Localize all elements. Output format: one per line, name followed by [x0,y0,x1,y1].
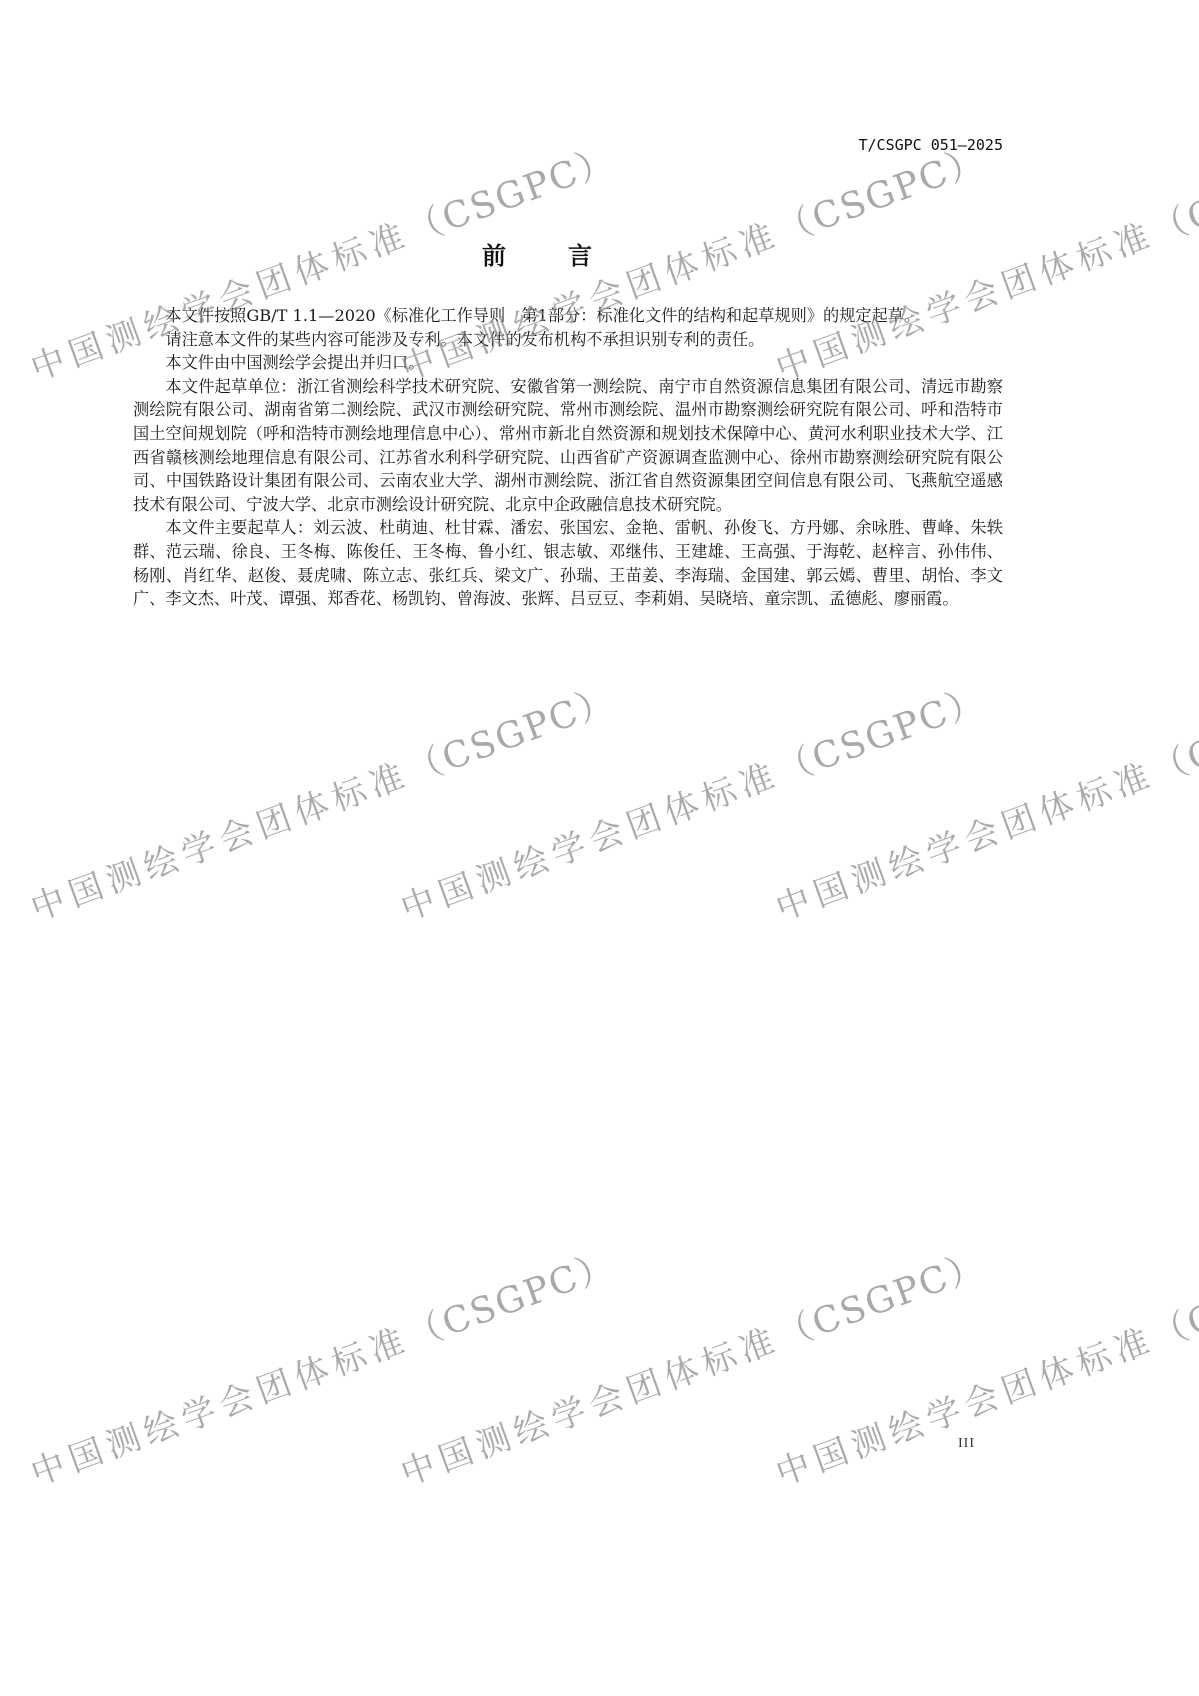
page-number: III [958,1436,975,1452]
paragraph-proposer: 本文件由中国测绘学会提出并归口。 [133,351,1003,375]
paragraph-drafting-basis: 本文件按照GB/T 1.1—2020《标准化工作导则 第1部分：标准化文件的结构… [133,304,1003,328]
paragraph-drafting-organizations: 本文件起草单位：浙江省测绘科学技术研究院、安徽省第一测绘院、南宁市自然资源信息集… [133,375,1003,517]
watermark: 中国测绘学会团体标准（CSGPC） [768,671,1199,931]
paragraph-patent-notice: 请注意本文件的某些内容可能涉及专利。本文件的发布机构不承担识别专利的责任。 [133,328,1003,352]
watermark: 中国测绘学会团体标准（CSGPC） [23,1236,622,1496]
paragraph-drafters: 本文件主要起草人：刘云波、杜萌迪、杜甘霖、潘宏、张国宏、金艳、雷帆、孙俊飞、方丹… [133,516,1003,610]
watermark: 中国测绘学会团体标准（CSGPC） [393,1236,992,1496]
watermark: 中国测绘学会团体标准（CSGPC） [393,671,992,931]
watermark: 中国测绘学会团体标准（CSGPC） [23,671,622,931]
document-page: T/CSGPC 051—2025 前言 本文件按照GB/T 1.1—2020《标… [0,0,1199,1696]
page-title: 前言 [0,236,1136,271]
standard-code: T/CSGPC 051—2025 [859,136,1004,154]
foreword-body: 本文件按照GB/T 1.1—2020《标准化工作导则 第1部分：标准化文件的结构… [133,304,1003,611]
watermark: 中国测绘学会团体标准（CSGPC） [768,1236,1199,1496]
